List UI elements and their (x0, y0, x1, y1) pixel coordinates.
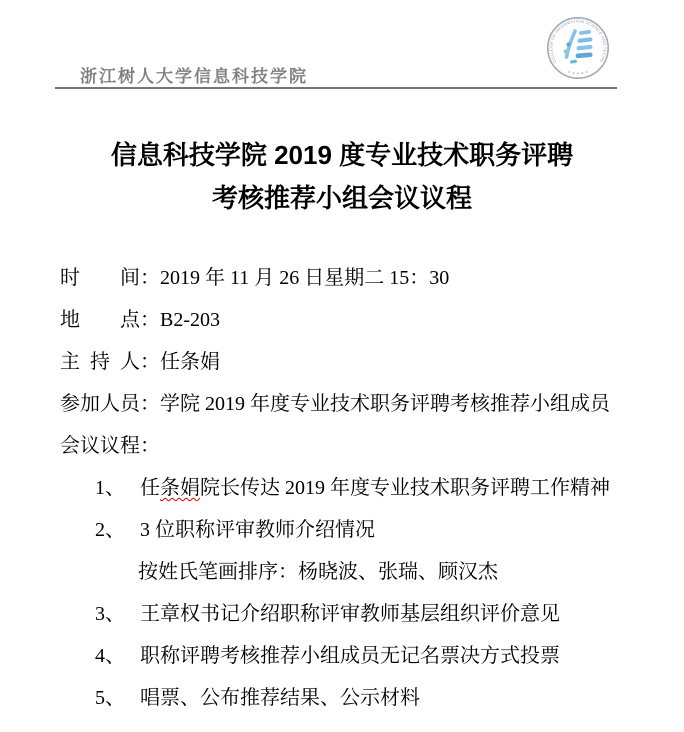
college-logo: COLLEGE OF INFORMATION SCIENCE AND TECHN… (546, 16, 610, 80)
meta-value: B2-203 (160, 309, 220, 331)
meta-colon: ： (140, 383, 160, 425)
agenda-item-number: 3、 (95, 593, 140, 635)
agenda-item-text: 王章权书记介绍职称评审教师基层组织评价意见 (140, 603, 560, 625)
agenda-list: 1、任条娟院长传达 2019 年度专业技术职务评聘工作精神 2、3 位职称评审教… (0, 467, 684, 719)
meta-section: 时间：2019 年 11 月 26 日星期二 15：30 地点：B2-203 主… (0, 257, 684, 467)
agenda-item-text: 任条娟院长传达 2019 年度专业技术职务评聘工作精神 (140, 477, 610, 499)
meta-row-agenda-heading: 会议议程： (0, 425, 684, 467)
meta-colon: ： (140, 341, 160, 383)
agenda-item-text: 3 位职称评审教师介绍情况 (140, 519, 375, 541)
agenda-item-text-part: 任 (140, 477, 160, 499)
header-divider-rule (55, 87, 617, 89)
meta-row-time: 时间：2019 年 11 月 26 日星期二 15：30 (0, 257, 684, 299)
meta-colon: ： (140, 299, 160, 341)
document-page: 浙江树人大学信息科技学院 COLLEGE OF INFORMATION SCIE… (0, 0, 684, 732)
meta-value: 任条娟 (160, 351, 220, 373)
meta-label: 地点 (60, 299, 140, 341)
agenda-item-2: 2、3 位职称评审教师介绍情况 (0, 509, 684, 551)
meta-row-location: 地点：B2-203 (0, 299, 684, 341)
meta-label: 会议议程 (60, 425, 140, 467)
document-title-line1: 信息科技学院 2019 度专业技术职务评聘 (0, 134, 684, 177)
agenda-item-number: 4、 (95, 635, 140, 677)
agenda-item-text: 唱票、公布推荐结果、公示材料 (140, 687, 420, 709)
meta-label: 时间 (60, 257, 140, 299)
agenda-item-1: 1、任条娟院长传达 2019 年度专业技术职务评聘工作精神 (0, 467, 684, 509)
agenda-item-number: 2、 (95, 509, 140, 551)
meta-row-participants: 参加人员：学院 2019 年度专业技术职务评聘考核推荐小组成员 (0, 383, 684, 425)
meta-row-host: 主持人：任条娟 (0, 341, 684, 383)
agenda-item-text-part: 院长传达 2019 年度专业技术职务评聘工作精神 (200, 477, 610, 499)
meta-label: 参加人员 (60, 383, 140, 425)
agenda-item-3: 3、王章权书记介绍职称评审教师基层组织评价意见 (0, 593, 684, 635)
spellcheck-underlined-text: 条娟 (160, 477, 200, 499)
meta-value: 2019 年 11 月 26 日星期二 15：30 (160, 267, 449, 289)
document-title: 信息科技学院 2019 度专业技术职务评聘 考核推荐小组会议议程 (0, 134, 684, 220)
meta-colon: ： (140, 425, 160, 467)
meta-label: 主持人 (60, 341, 140, 383)
agenda-item-4: 4、职称评聘考核推荐小组成员无记名票决方式投票 (0, 635, 684, 677)
agenda-item-5: 5、唱票、公布推荐结果、公示材料 (0, 677, 684, 719)
agenda-item-text: 职称评聘考核推荐小组成员无记名票决方式投票 (140, 645, 560, 667)
org-name: 浙江树人大学信息科技学院 (80, 62, 308, 87)
agenda-item-number: 1、 (95, 467, 140, 509)
agenda-item-2-subline: 按姓氏笔画排序：杨晓波、张瑞、顾汉杰 (0, 551, 684, 593)
meta-value: 学院 2019 年度专业技术职务评聘考核推荐小组成员 (160, 393, 610, 415)
document-title-line2: 考核推荐小组会议议程 (0, 177, 684, 220)
meta-colon: ： (140, 257, 160, 299)
agenda-item-number: 5、 (95, 677, 140, 719)
